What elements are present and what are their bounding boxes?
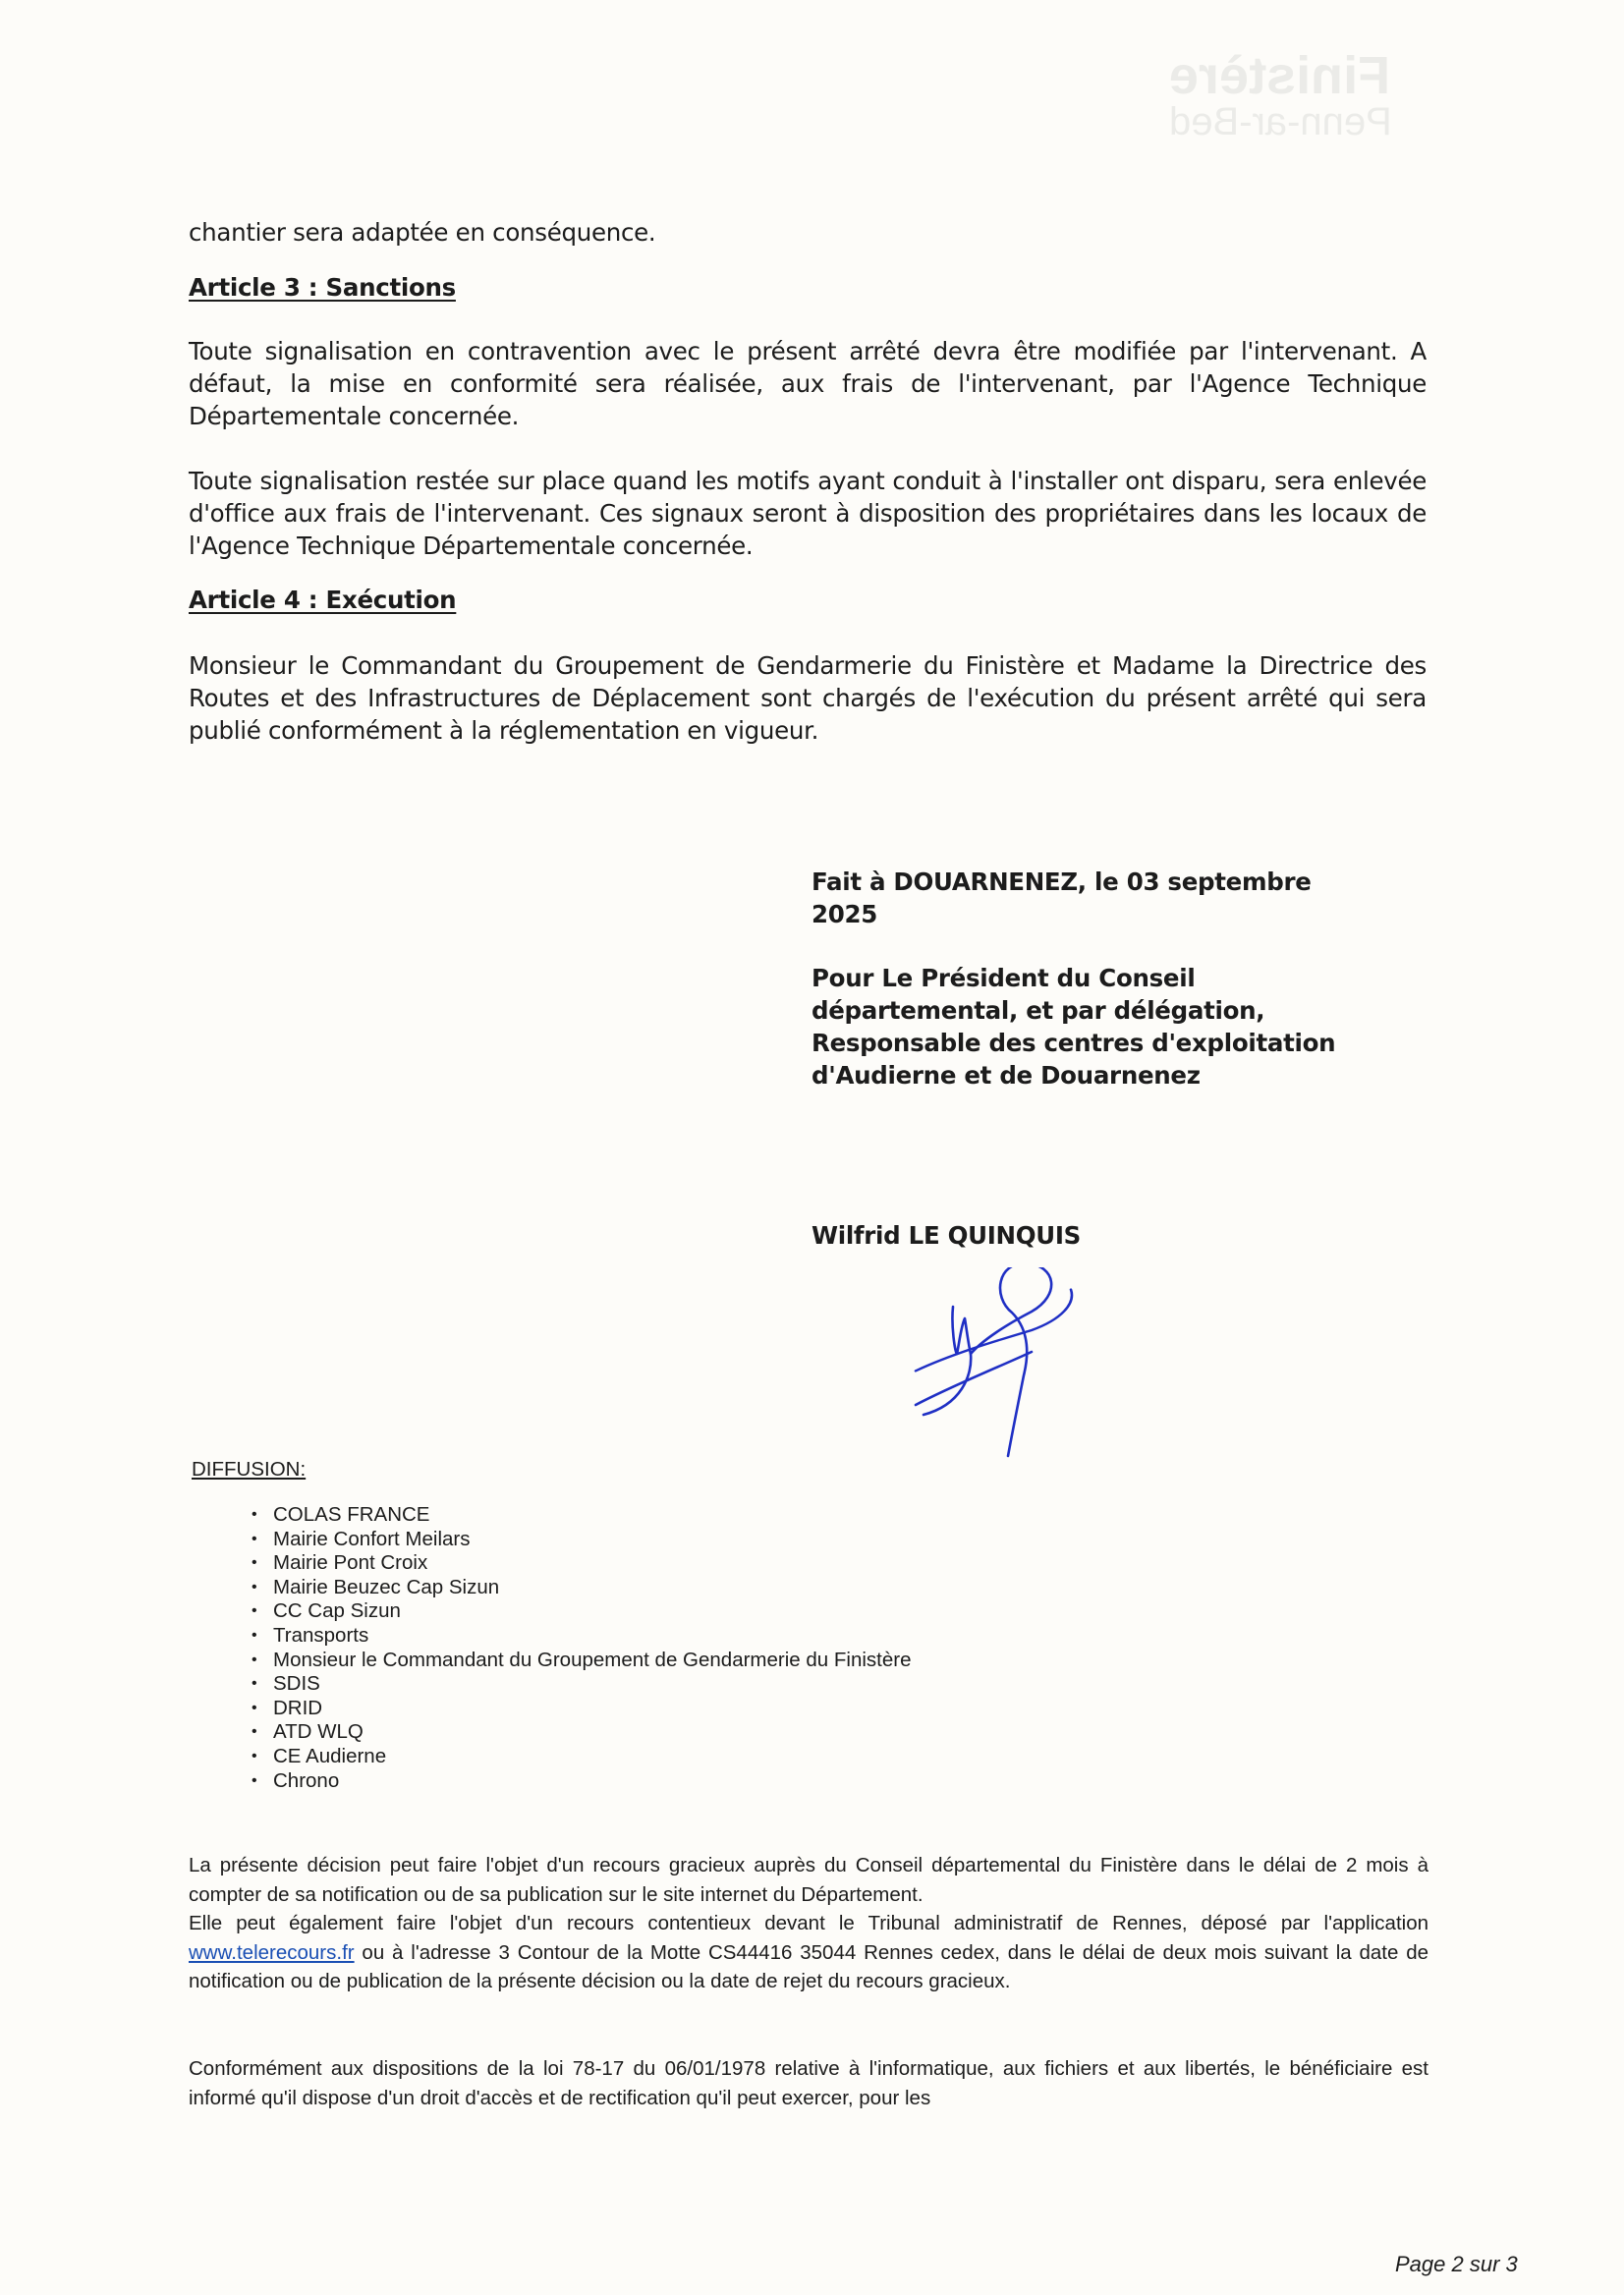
diffusion-item: •ATD WLQ [246,1720,912,1745]
role-line: Responsable des centres d'exploitation [812,1027,1440,1059]
diffusion-item: •Mairie Confort Meilars [246,1528,912,1552]
diffusion-item-label: COLAS FRANCE [273,1503,429,1526]
legal-cnil-paragraph: Conformément aux dispositions de la loi … [189,2054,1428,2112]
diffusion-item: •CC Cap Sizun [246,1599,912,1624]
diffusion-item-label: CC Cap Sizun [273,1599,401,1622]
bullet-icon: • [252,1528,257,1552]
diffusion-item: •COLAS FRANCE [246,1503,912,1528]
bullet-icon: • [252,1624,257,1649]
diffusion-item-label: Monsieur le Commandant du Groupement de … [273,1649,912,1671]
article-3-paragraph-2: Toute signalisation restée sur place qua… [189,465,1427,562]
diffusion-item-label: DRID [273,1697,322,1719]
article-3-paragraph-1: Toute signalisation en contravention ave… [189,335,1427,432]
ghost-logo-subtitle: Penn-ar-Bed [1169,102,1542,141]
bullet-icon: • [252,1551,257,1576]
ghost-logo-title: Finistère [1169,49,1542,102]
diffusion-item: •SDIS [246,1672,912,1697]
document-page: Finistère Penn-ar-Bed chantier sera adap… [0,0,1624,2295]
diffusion-item-label: Mairie Pont Croix [273,1551,427,1574]
diffusion-item-label: Mairie Beuzec Cap Sizun [273,1576,499,1598]
role-line: d'Audierne et de Douarnenez [812,1059,1440,1092]
diffusion-list: •COLAS FRANCE •Mairie Confort Meilars •M… [246,1503,912,1793]
diffusion-item: •Chrono [246,1769,912,1794]
bullet-icon: • [252,1745,257,1769]
place-date: Fait à DOUARNENEZ, le 03 septembre 2025 [812,866,1440,930]
telerecours-link[interactable]: www.telerecours.fr [189,1941,355,1964]
legal-text: ou à l'adresse 3 Contour de la Motte CS4… [189,1941,1428,1993]
bullet-icon: • [252,1649,257,1673]
diffusion-item-label: SDIS [273,1672,320,1695]
diffusion-item: •Mairie Beuzec Cap Sizun [246,1576,912,1600]
page-number: Page 2 sur 3 [1395,2252,1518,2277]
article-3-heading: Article 3 : Sanctions [189,273,456,302]
signatory-role: Pour Le Président du Conseil département… [812,962,1440,1092]
bullet-icon: • [252,1769,257,1794]
bleed-through-logo: Finistère Penn-ar-Bed [1169,49,1542,187]
diffusion-item-label: ATD WLQ [273,1720,364,1743]
diffusion-item-label: Mairie Confort Meilars [273,1528,471,1550]
role-line: Pour Le Président du Conseil [812,962,1440,994]
diffusion-item-label: CE Audierne [273,1745,386,1767]
bullet-icon: • [252,1576,257,1600]
legal-text: Elle peut également faire l'objet d'un r… [189,1912,1428,1934]
diffusion-item: •DRID [246,1697,912,1721]
diffusion-item: •Transports [246,1624,912,1649]
bullet-icon: • [252,1599,257,1624]
legal-recourse-gracieux: La présente décision peut faire l'objet … [189,1851,1428,1909]
role-line: départemental, et par délégation, [812,994,1440,1027]
bullet-icon: • [252,1503,257,1528]
bullet-icon: • [252,1672,257,1697]
diffusion-item: •Mairie Pont Croix [246,1551,912,1576]
article-4-heading: Article 4 : Exécution [189,586,456,614]
legal-recourse-paragraph: La présente décision peut faire l'objet … [189,1851,1428,1996]
legal-recourse-contentieux: Elle peut également faire l'objet d'un r… [189,1909,1428,1996]
diffusion-item-label: Chrono [273,1769,339,1792]
bullet-icon: • [252,1720,257,1745]
diffusion-item-label: Transports [273,1624,368,1647]
place-date-line-1: Fait à DOUARNENEZ, le 03 septembre [812,866,1440,898]
diffusion-item: •CE Audierne [246,1745,912,1769]
continuation-line: chantier sera adaptée en conséquence. [189,216,1427,249]
handwritten-signature [914,1267,1091,1464]
diffusion-item: •Monsieur le Commandant du Groupement de… [246,1649,912,1673]
place-date-line-2: 2025 [812,898,1440,930]
signatory-name: Wilfrid LE QUINQUIS [812,1219,1440,1252]
bullet-icon: • [252,1697,257,1721]
article-4-paragraph-1: Monsieur le Commandant du Groupement de … [189,649,1427,747]
diffusion-title: DIFFUSION: [192,1458,306,1482]
